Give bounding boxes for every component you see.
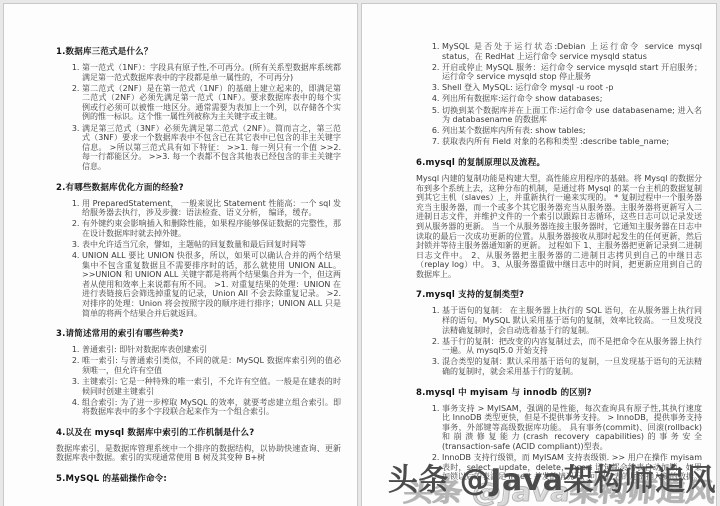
page-right: MySQL 是否处于运行状态:Debian 上运行命令 service mysq… bbox=[361, 3, 717, 506]
section-list: 第一范式（1NF）：字段具有原子性,不可再分。(所有关系型数据库系统都满足第一范… bbox=[56, 63, 341, 172]
list-item: 获取表内所有 Field 对象的名称和类型 :describe table_na… bbox=[442, 137, 702, 147]
list-item: 满足第三范式（3NF）必须先满足第二范式（2NF）。简而言之，第三范式（3NF）… bbox=[82, 124, 341, 172]
list-item: 列出某个数据库内所有表: show tables; bbox=[442, 126, 702, 136]
section-5-basic-commands: 5.MySQL 的基础操作命令: bbox=[56, 472, 341, 484]
section-8-myisam-vs-innodb: 8.mysql 中 myisam 与 innodb 的区别? 事务支持 > My… bbox=[416, 386, 702, 482]
list-item: 基于语句的复制： 在主服务器上执行的 SQL 语句，在从服务器上执行同样的语句。… bbox=[442, 306, 702, 335]
section-6-replication-principle: 6.mysql 的复制原理以及流程。 Mysql 内建的复制功能是构建大型，高性… bbox=[416, 156, 702, 280]
section-2-db-optimization: 2.有哪些数据库优化方面的经验? 用 PreparedStatement， 一般… bbox=[56, 181, 341, 319]
list-item: 有外键约束会影响插入和删除性能，如果程序能够保证数据的完整性，那在设计数据库时就… bbox=[82, 219, 341, 238]
list-item: 事务支持 > MyISAM，强调的是性能，每次查询具有原子性,其执行速度比 In… bbox=[442, 404, 702, 452]
section-list: 用 PreparedStatement， 一般来说比 Statement 性能高… bbox=[56, 199, 341, 319]
document-background: { "pages": { "left": { "sections": [ { "… bbox=[0, 0, 720, 506]
list-item: 切换到某个数据库并在上面工作:运行命令 use databasename; 进入… bbox=[442, 106, 702, 125]
list-item: 第二范式（2NF）是在第一范式（1NF）的基础上建立起来的，即满足第二范式（2N… bbox=[82, 84, 341, 122]
section-3-index-types: 3.请简述常用的索引有哪些种类? 普通索引: 即针对数据库表创建索引 唯一索引:… bbox=[56, 327, 341, 417]
section-7-replication-types: 7.mysql 支持的复制类型? 基于语句的复制： 在主服务器上执行的 SQL … bbox=[416, 288, 702, 376]
list-item: 开启或停止 MySQL 服务：运行命令 service mysqld start… bbox=[442, 63, 702, 82]
section-4-index-mechanism: 4.以及在 mysql 数据库中索引的工作机制是什么? 数据库索引，是数据库管理… bbox=[56, 426, 341, 463]
section-list: 事务支持 > MyISAM，强调的是性能，每次查询具有原子性,其执行速度比 In… bbox=[416, 404, 702, 482]
page-left: 1.数据库三范式是什么？ 第一范式（1NF）：字段具有原子性,不可再分。(所有关… bbox=[3, 3, 358, 506]
section-list: 普通索引: 即针对数据库表创建索引 唯一索引: 与普通索引类似，不同的就是：My… bbox=[56, 345, 341, 417]
section-heading: 2.有哪些数据库优化方面的经验? bbox=[56, 181, 341, 193]
section-heading: 7.mysql 支持的复制类型? bbox=[416, 288, 702, 300]
list-item: 唯一索引: 与普通索引类似，不同的就是：MySQL 数据库索引列的值必须唯一，但… bbox=[82, 356, 341, 375]
list-item: InnoDB 支持行级锁，而 MyISAM 支持表级锁. >> 用户在操作 my… bbox=[442, 453, 702, 482]
section-heading: 5.MySQL 的基础操作命令: bbox=[56, 472, 341, 484]
section-1-three-normal-forms: 1.数据库三范式是什么？ 第一范式（1NF）：字段具有原子性,不可再分。(所有关… bbox=[56, 45, 341, 172]
section-heading: 6.mysql 的复制原理以及流程。 bbox=[416, 156, 702, 168]
section-5-basic-commands-continued: MySQL 是否处于运行状态:Debian 上运行命令 service mysq… bbox=[416, 42, 702, 147]
section-paragraph: Mysql 内建的复制功能是构建大型，高性能应用程序的基础。将 Mysql 的数… bbox=[416, 174, 702, 280]
list-item: 基于行的复制：把改变的内容复制过去，而不是把命令在从服务器上执行一遍。从 mys… bbox=[442, 337, 702, 356]
list-item: 用 PreparedStatement， 一般来说比 Statement 性能高… bbox=[82, 199, 341, 218]
list-item: 普通索引: 即针对数据库表创建索引 bbox=[82, 345, 341, 355]
section-paragraph: 数据库索引，是数据库管理系统中一个排序的数据结构，以协助快速查询、更新数据库表中… bbox=[56, 444, 341, 463]
section-heading: 1.数据库三范式是什么？ bbox=[56, 45, 341, 57]
section-list: MySQL 是否处于运行状态:Debian 上运行命令 service mysq… bbox=[416, 42, 702, 147]
section-heading: 4.以及在 mysql 数据库中索引的工作机制是什么? bbox=[56, 426, 341, 438]
list-item: MySQL 是否处于运行状态:Debian 上运行命令 service mysq… bbox=[442, 42, 702, 61]
list-item: 混合类型的复制：默认采用基于语句的复制，一旦发现基于语句的无法精确的复制时，就会… bbox=[442, 357, 702, 376]
list-item: UNION ALL 要比 UNION 快很多，所以，如果可以确认合并的两个结果集… bbox=[82, 251, 341, 318]
list-item: 组合索引: 为了进一步榨取 MySQL 的效率，就要考虑建立组合索引。即将数据库… bbox=[82, 398, 341, 417]
document-canvas: 1.数据库三范式是什么？ 第一范式（1NF）：字段具有原子性,不可再分。(所有关… bbox=[0, 0, 720, 506]
list-item: 第一范式（1NF）：字段具有原子性,不可再分。(所有关系型数据库系统都满足第一范… bbox=[82, 63, 341, 82]
list-item: 主键索引: 它是一种特殊的唯一索引，不允许有空值。一般是在建表的时候同时创建主键… bbox=[82, 377, 341, 396]
section-list: 基于语句的复制： 在主服务器上执行的 SQL 语句，在从服务器上执行同样的语句。… bbox=[416, 306, 702, 376]
list-item: 表中允许适当冗余，譬如，主题帖的回复数量和最后回复时间等 bbox=[82, 240, 341, 250]
list-item: 列出所有数据库:运行命令 show databases; bbox=[442, 94, 702, 104]
section-heading: 3.请简述常用的索引有哪些种类? bbox=[56, 327, 341, 339]
section-heading: 8.mysql 中 myisam 与 innodb 的区别? bbox=[416, 386, 702, 398]
list-item: Shell 登入 MySQL: 运行命令 mysql -u root -p bbox=[442, 83, 702, 93]
